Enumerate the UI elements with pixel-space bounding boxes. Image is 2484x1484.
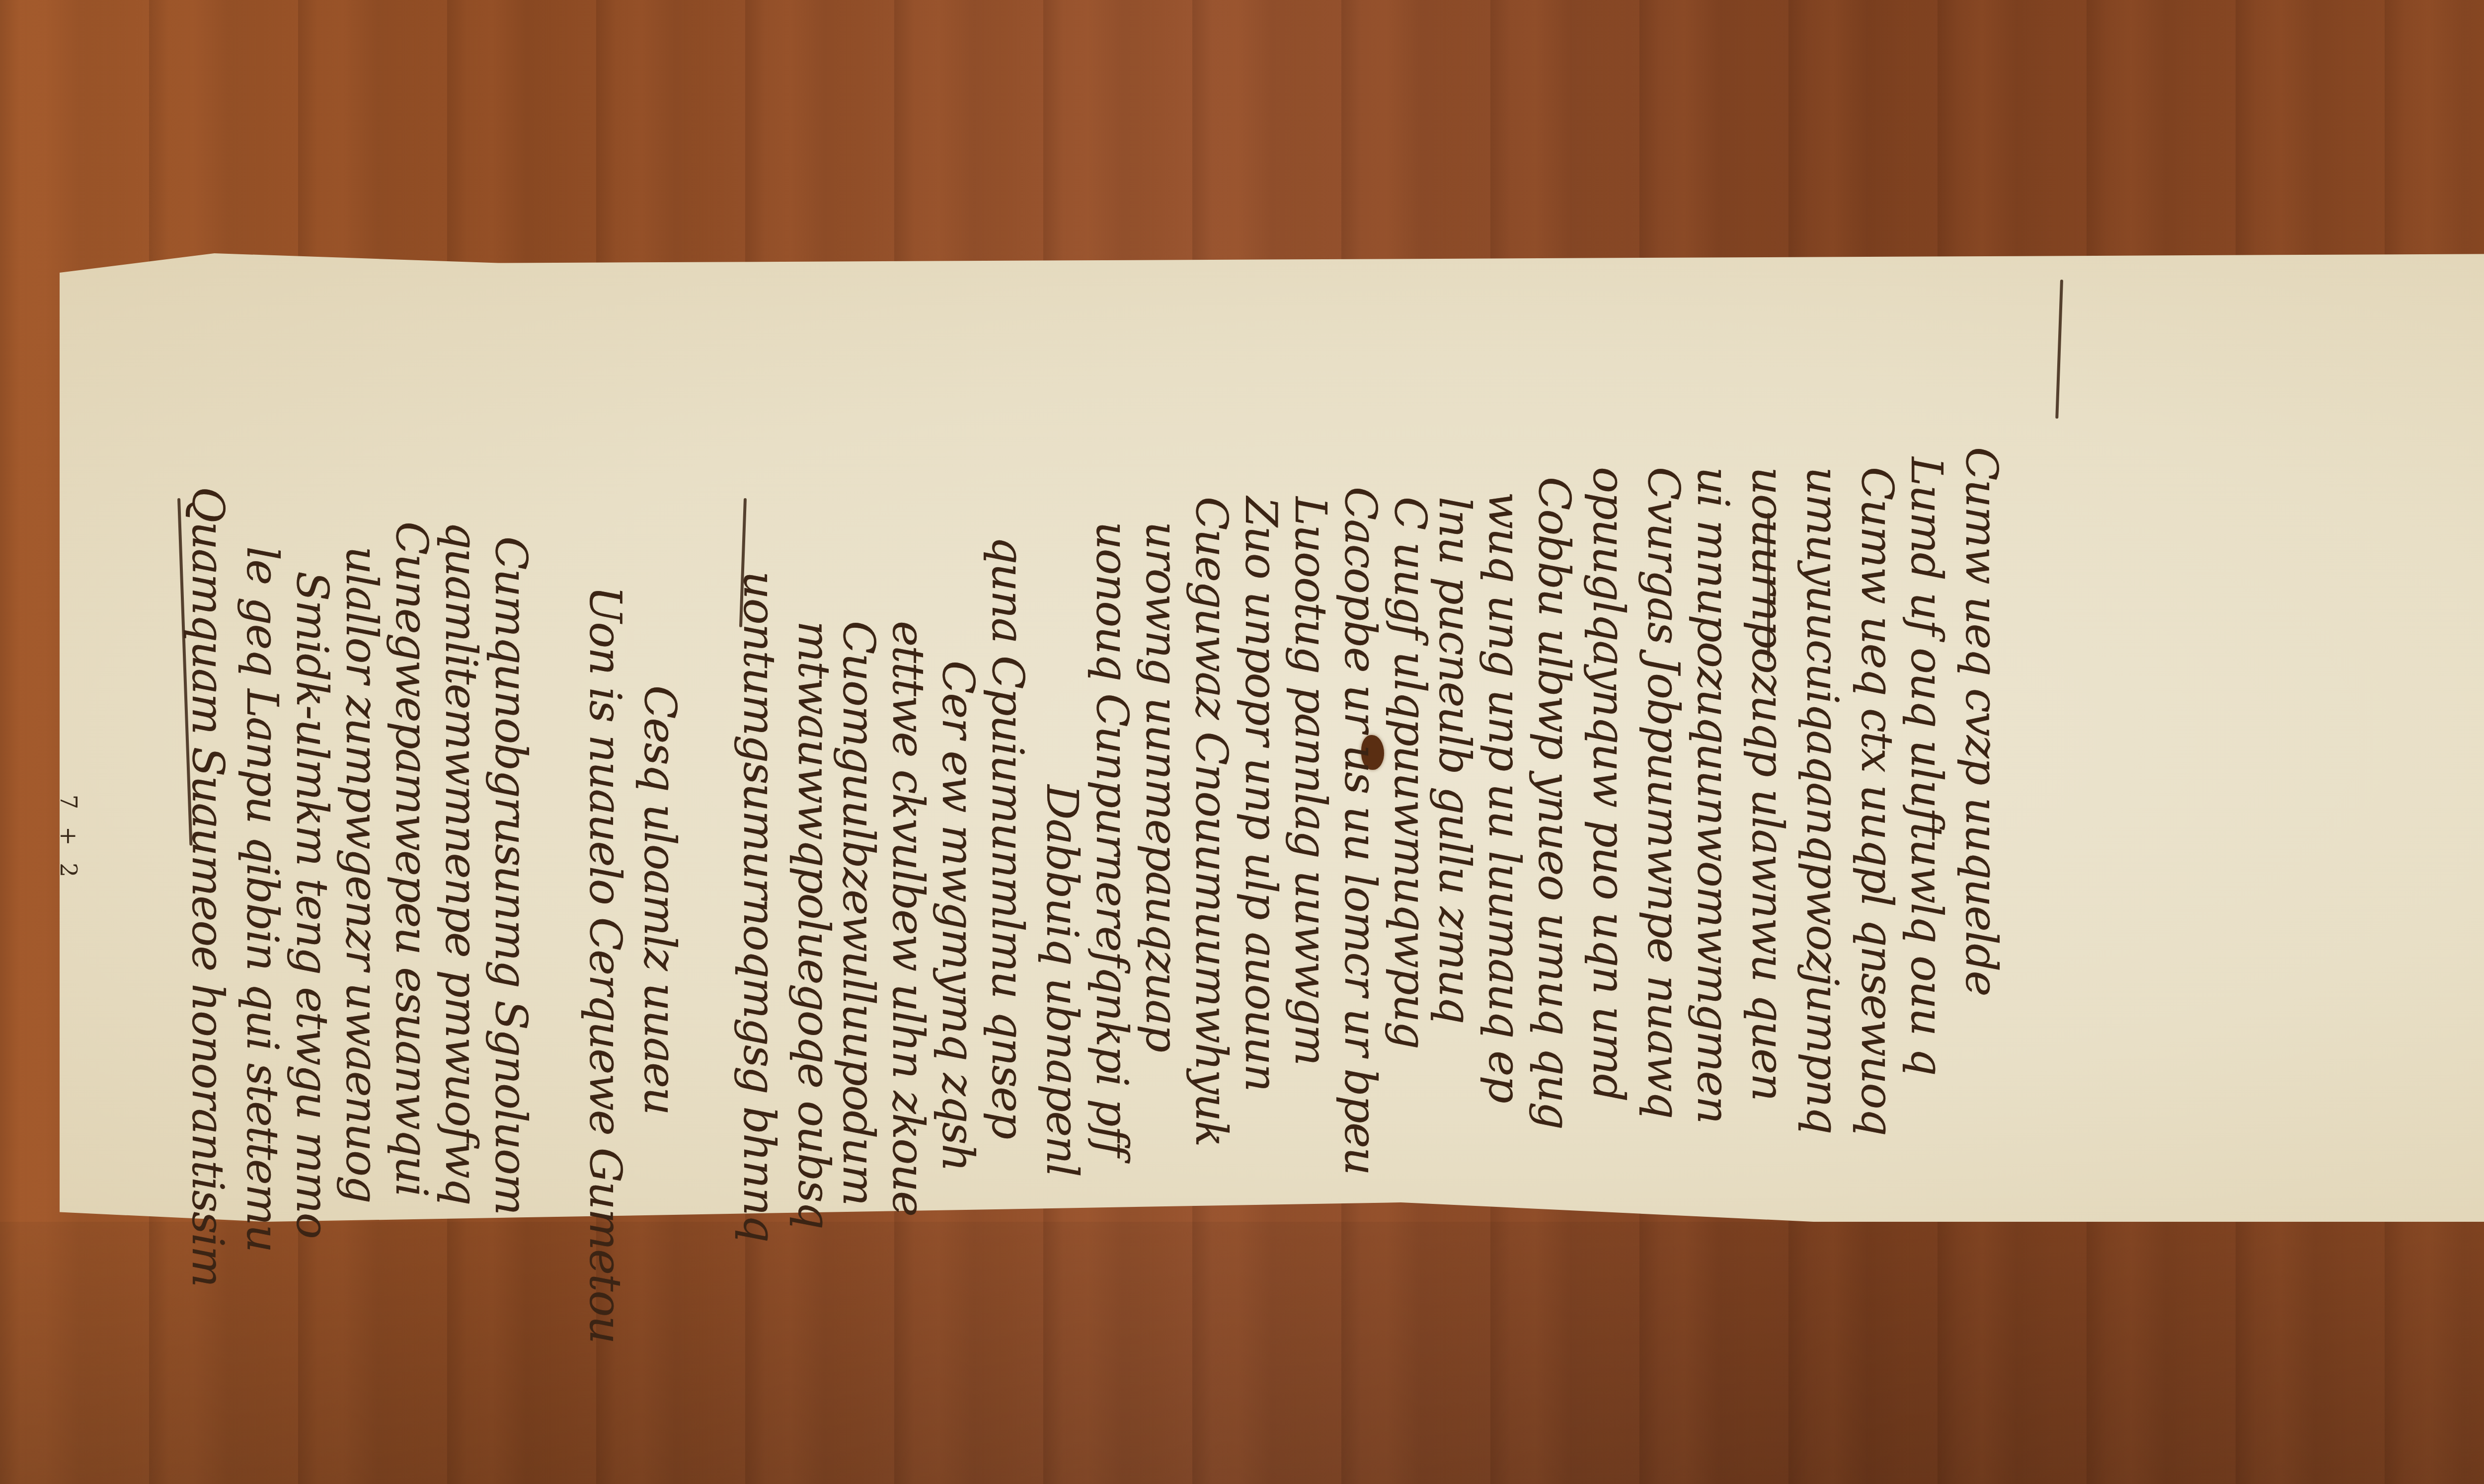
text-line: Cesq uloamlz uuaeu: [634, 685, 686, 1114]
text-line: Uon is nuauelo Cerquewe Gumetou: [580, 586, 631, 1343]
text-line: urowng uunmepauqzuap: [1136, 521, 1187, 1051]
text-line: Dabbuiq ubnapenl: [1037, 785, 1088, 1176]
text-line: Luootug pannlag uuwwgm: [1285, 497, 1336, 1065]
text-line: Cumqunobgrusunmg Sgnoluom: [485, 536, 537, 1214]
text-line: uontumgsumurnoqmgsg bhnnq: [734, 571, 785, 1242]
text-line: C uugf ulqpuuwmuqwpug: [1385, 497, 1436, 1048]
text-line: Cunegwepamwepeu esuanwqui: [386, 521, 437, 1196]
text-line: Cumw ueq ctx uuqpl qnsewuoq: [1852, 467, 1903, 1135]
text-line: Cvurgas Jobpuumwnpe nuawq: [1638, 467, 1689, 1118]
text-line: ui mnupozuquunwomwmgmen: [1688, 467, 1739, 1123]
text-line: lnu pucneulb gullu zmuq: [1429, 497, 1480, 1023]
text-line: ulallor zumpwgenzr uwaenuog: [336, 546, 388, 1202]
text-line: quamlitemwmnenpe pmwuofwq: [436, 521, 487, 1205]
text-line: le geq Lanpu qibbin qui stettemu: [237, 546, 288, 1252]
text-line: Cer ew mwgmymq zqsh: [932, 661, 984, 1171]
text-line: Cobbu ulbwp ynueo umuq qug: [1529, 477, 1580, 1129]
text-line: wuq ung unp uu luumauq ep: [1479, 492, 1530, 1103]
flourish-stroke: [1767, 513, 1770, 662]
text-line: opuuglqaynquw puo uqn umd: [1583, 467, 1634, 1101]
text-line: Cuomguulbzewulluupodum: [833, 621, 884, 1205]
text-line: Zuo unpopr unp ulp auouun: [1236, 497, 1287, 1091]
text-line: Cumw ueq cvzp uuquelde: [1956, 447, 2007, 995]
text-line: mtwauwwqpoluegoqe oubsq: [788, 621, 840, 1229]
text-line: Quamquam Suaumeoe honorantissim: [182, 487, 233, 1286]
text-line: quna Cpuiumunmlmu qnsep: [982, 536, 1033, 1138]
wooden-table-shadow: [0, 1222, 2484, 1484]
text-line: Smidk-ulmkm teng etwgu mmo: [287, 571, 338, 1238]
text-line: Lumd uf ouq uluftuwlq ouu q: [1901, 457, 1952, 1075]
text-line: umuyuucuiqaqanqpwozjumpnq: [1797, 467, 1848, 1133]
text-line: etttwe ckvulbew ulhn zkoue: [883, 621, 934, 1216]
text-line: Cacopbe ur us uu lomcr ur bpeu: [1335, 487, 1386, 1175]
folio-number: 7 + 2: [55, 795, 82, 882]
text-line: Cueguwaz Cnouumuumwhyuk: [1186, 497, 1237, 1146]
text-line: uonouq Cunpurnerefqnkpi pff: [1087, 521, 1138, 1156]
